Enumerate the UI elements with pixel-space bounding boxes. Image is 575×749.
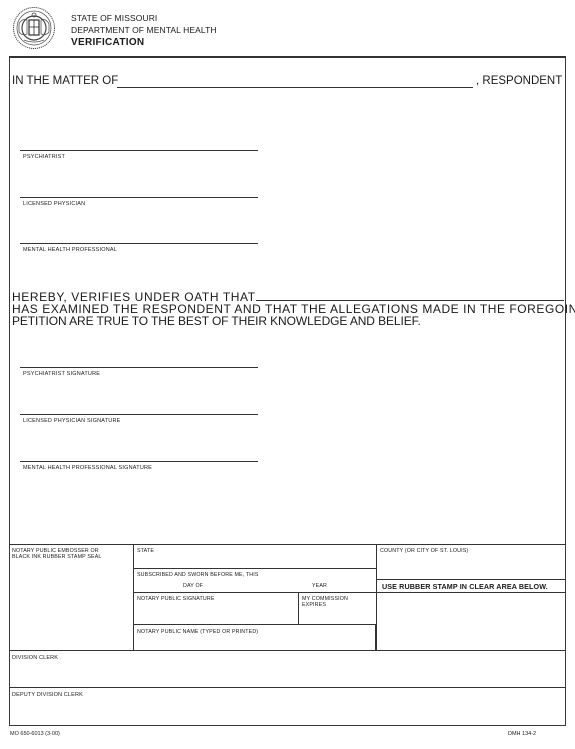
respondent-name-field[interactable]	[117, 87, 473, 88]
deputy-division-clerk-label: DEPUTY DIVISION CLERK	[12, 692, 83, 698]
licensed-physician-field[interactable]	[20, 197, 258, 198]
day-of-label: DAY OF	[183, 583, 203, 590]
county-field[interactable]: COUNTY (OR CITY OF ST. LOUIS)	[376, 545, 566, 580]
psychiatrist-signature-field[interactable]	[20, 367, 258, 368]
form-title: VERIFICATION	[71, 37, 144, 48]
deputy-division-clerk-field[interactable]: DEPUTY DIVISION CLERK	[9, 687, 566, 726]
rubber-stamp-area[interactable]	[376, 593, 566, 651]
division-clerk-label: DIVISION CLERK	[12, 655, 58, 661]
mental-health-professional-label: MENTAL HEALTH PROFESSIONAL	[23, 247, 117, 253]
commission-expires-field[interactable]: MY COMMISSION EXPIRES	[299, 593, 376, 625]
respondent-label: , RESPONDENT	[476, 75, 562, 87]
notary-name-field[interactable]: NOTARY PUBLIC NAME (TYPED OR PRINTED)	[134, 625, 376, 651]
state-field[interactable]: STATE	[134, 545, 376, 569]
county-label: COUNTY (OR CITY OF ST. LOUIS)	[380, 548, 468, 555]
form-header: STATE OF MISSOURI DEPARTMENT OF MENTAL H…	[10, 6, 570, 52]
mental-health-professional-signature-label: MENTAL HEALTH PROFESSIONAL SIGNATURE	[23, 465, 152, 471]
division-clerk-field[interactable]: DIVISION CLERK	[9, 650, 566, 687]
subscribed-date-field[interactable]: SUBSCRIBED AND SWORN BEFORE ME, THIS DAY…	[134, 569, 376, 593]
notary-seal-label-2: BLACK INK RUBBER STAMP SEAL	[12, 554, 102, 561]
commission-label-2: EXPIRES	[302, 602, 326, 609]
notary-seal-area: NOTARY PUBLIC EMBOSSER OR BLACK INK RUBB…	[9, 545, 134, 651]
licensed-physician-signature-label: LICENSED PHYSICIAN SIGNATURE	[23, 418, 121, 424]
psychiatrist-signature-label: PSYCHIATRIST SIGNATURE	[23, 371, 100, 377]
licensed-physician-signature-field[interactable]	[20, 414, 258, 415]
notary-signature-label: NOTARY PUBLIC SIGNATURE	[137, 596, 215, 603]
oath-line-3: PETITION ARE TRUE TO THE BEST OF THEIR K…	[12, 314, 421, 328]
dmh-number: DMH 134-2	[508, 731, 536, 737]
licensed-physician-label: LICENSED PHYSICIAN	[23, 201, 85, 207]
year-label: YEAR	[312, 583, 327, 590]
stamp-notice-text: USE RUBBER STAMP IN CLEAR AREA BELOW.	[382, 582, 548, 591]
mental-health-professional-field[interactable]	[20, 243, 258, 244]
stamp-notice: USE RUBBER STAMP IN CLEAR AREA BELOW.	[376, 580, 566, 593]
psychiatrist-label: PSYCHIATRIST	[23, 154, 65, 160]
notary-name-label: NOTARY PUBLIC NAME (TYPED OR PRINTED)	[137, 629, 258, 636]
notary-section: NOTARY PUBLIC EMBOSSER OR BLACK INK RUBB…	[9, 544, 566, 650]
examiner-name-field[interactable]	[256, 300, 564, 301]
subscribed-label: SUBSCRIBED AND SWORN BEFORE ME, THIS	[137, 572, 259, 579]
state-label: STATE	[137, 548, 154, 555]
state-name: STATE OF MISSOURI	[71, 13, 157, 23]
notary-signature-field[interactable]: NOTARY PUBLIC SIGNATURE	[134, 593, 299, 625]
matter-label: IN THE MATTER OF	[12, 75, 118, 87]
form-number: MO 650-6013 (3-00)	[10, 731, 60, 737]
state-seal-icon	[12, 6, 56, 50]
psychiatrist-field[interactable]	[20, 150, 258, 151]
department-name: DEPARTMENT OF MENTAL HEALTH	[71, 25, 217, 35]
mental-health-professional-signature-field[interactable]	[20, 461, 258, 462]
